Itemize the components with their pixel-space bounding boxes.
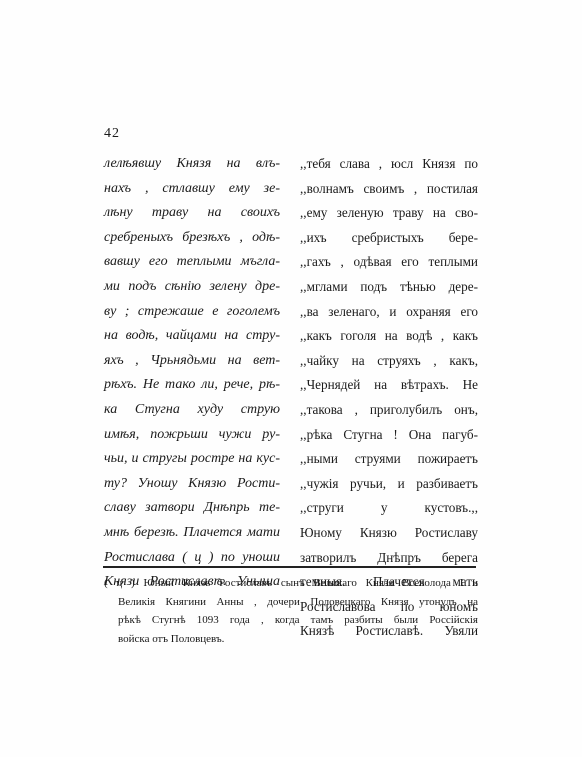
footnote: ( ц ) Юный Князь Ростиславъ сынъ Великаг… xyxy=(104,574,478,648)
footnote-divider xyxy=(103,566,476,568)
text-line: ,,волнамъ своимъ , постилая xyxy=(300,177,478,202)
text-line: мнѣ березѣ. Плачется мати xyxy=(104,521,280,546)
right-column-translation-text: ,,тебя слава , юсл Князя по ,,волнамъ св… xyxy=(300,152,478,644)
text-line: ,,чайку на струяхъ , какъ, xyxy=(300,349,478,374)
footnote-line: рѣкѣ Стугнѣ 1093 года , когда тамъ разби… xyxy=(104,611,478,630)
footnote-line: Великія Княгини Анны , дочери Половецкаг… xyxy=(104,593,478,612)
footnote-line: ( ц ) Юный Князь Ростиславъ сынъ Великаг… xyxy=(104,574,478,593)
text-line: рѣхъ. Не тако ли, рече, рѣ- xyxy=(104,373,280,398)
footnote-line: войска отъ Половцевъ. xyxy=(104,630,478,649)
page-number: 42 xyxy=(104,126,120,142)
text-line: ту? Уношу Князю Рости- xyxy=(104,472,280,497)
text-line: ,,струги у кустовъ.,, xyxy=(300,496,478,521)
text-line: ми подъ сѣнію зелену дре- xyxy=(104,275,280,300)
text-line: лѣну траву на своихъ xyxy=(104,201,280,226)
text-line: ,,рѣка Стугна ! Она пагуб- xyxy=(300,423,478,448)
text-line: на водѣ, чайцами на стру- xyxy=(104,324,280,349)
text-line: вавшу его теплыми мъгла- xyxy=(104,250,280,275)
book-page: 42 лелѣявшу Князя на влъ- нахъ , стлавшу… xyxy=(0,0,582,757)
text-line: яхъ , Чрьнядьми на вет- xyxy=(104,349,280,374)
text-line: ,,ва зеленаго, и охраняя его xyxy=(300,300,478,325)
text-line: ,,какъ гоголя на водѣ , какъ xyxy=(300,324,478,349)
text-line: сребреныхъ брезѣхъ , одѣ- xyxy=(104,226,280,251)
text-line: лелѣявшу Князя на влъ- xyxy=(104,152,280,177)
left-column-old-russian-text: лелѣявшу Князя на влъ- нахъ , стлавшу ем… xyxy=(104,152,280,595)
text-line: нахъ , стлавшу ему зе- xyxy=(104,177,280,202)
text-line: чьи, и стругы ростре на кус- xyxy=(104,447,280,472)
text-line: ,,чужія ручьи, и разбиваетъ xyxy=(300,472,478,497)
text-line: ,,ихъ сребристыхъ бере- xyxy=(300,226,478,251)
text-line: ву ; стрежаше е гоголемъ xyxy=(104,300,280,325)
text-line: ,,гахъ , одѣвая его теплыми xyxy=(300,250,478,275)
text-line: Юному Князю Ростиславу xyxy=(300,521,478,546)
text-line: ,,Чернядей на вѣтрахъ. Не xyxy=(300,373,478,398)
text-line: ,,такова , приголубилъ онъ, xyxy=(300,398,478,423)
text-line: ка Стугна худу струю xyxy=(104,398,280,423)
text-line: ,,ными струями пожираетъ xyxy=(300,447,478,472)
text-line: ,,тебя слава , юсл Князя по xyxy=(300,152,478,177)
text-line: славу затвори Днѣпрь те- xyxy=(104,496,280,521)
text-line: ,,мглами подъ тѣнью дере- xyxy=(300,275,478,300)
text-line: ,,ему зеленую траву на сво- xyxy=(300,201,478,226)
text-line: имѣя, пожрьши чужи ру- xyxy=(104,423,280,448)
